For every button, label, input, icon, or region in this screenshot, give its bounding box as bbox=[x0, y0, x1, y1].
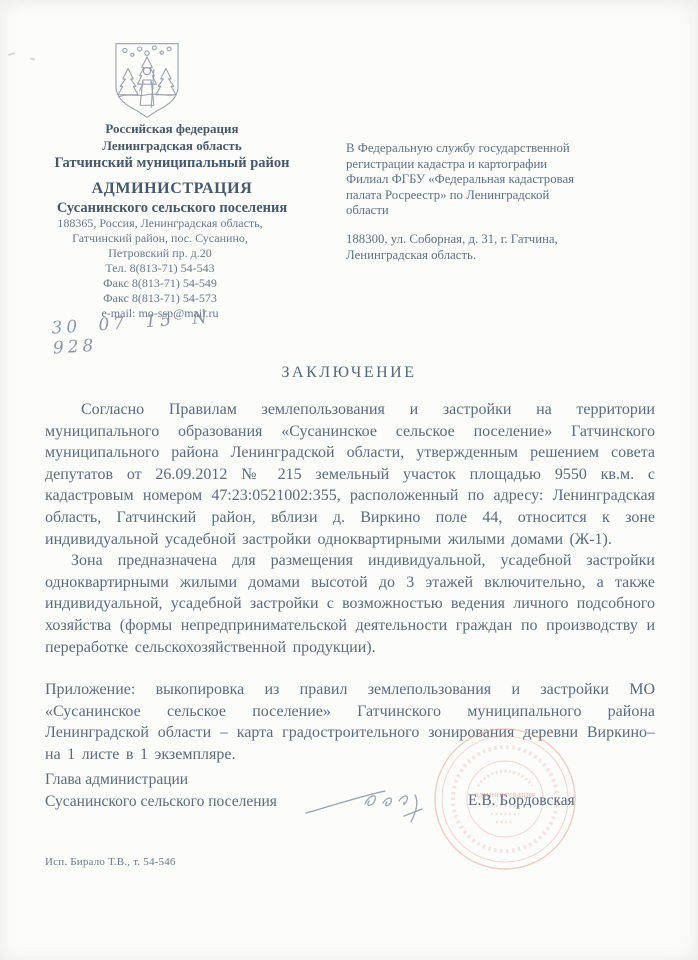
scan-smudge bbox=[30, 58, 35, 61]
sender-phone: Тел. 8(813-71) 54-543 bbox=[30, 261, 290, 276]
letterhead-country: Российская федерация bbox=[22, 120, 322, 137]
addressee-line: палата Росреестр» по Ленинградской bbox=[346, 188, 656, 204]
sender-address-line: 188365, Россия, Ленинградская область, bbox=[30, 216, 290, 231]
document-body: Согласно Правилам землепользования и зас… bbox=[45, 399, 655, 766]
addressee-line: области bbox=[346, 203, 656, 219]
addressee-address-line: 188300, ул. Соборная, д. 31, г. Гатчина, bbox=[346, 232, 656, 248]
letterhead-org: АДМИНИСТРАЦИЯ bbox=[22, 179, 322, 199]
letterhead-district: Гатчинский муниципальный район bbox=[22, 154, 322, 173]
executor-note: Исп. Бирало Т.В., т. 54-546 bbox=[45, 856, 176, 868]
sender-address-line: Петровский пр. д.20 bbox=[30, 246, 290, 261]
letterhead-region: Ленинградская область bbox=[22, 137, 322, 154]
scanned-letter-page: Российская федерация Ленинградская облас… bbox=[0, 0, 698, 960]
addressee-line: регистрации кадастра и картографии bbox=[346, 157, 656, 173]
handwritten-signature-icon bbox=[303, 778, 448, 826]
letterhead: Российская федерация Ленинградская облас… bbox=[22, 120, 322, 217]
addressee-block: В Федеральную службу государственной рег… bbox=[346, 141, 656, 263]
addressee-address-line: Ленинградская область. bbox=[346, 248, 656, 264]
addressee-line: В Федеральную службу государственной bbox=[346, 141, 656, 157]
addressee-line: Филиал ФГБУ «Федеральная кадастровая bbox=[346, 172, 656, 188]
scan-smudge bbox=[8, 52, 15, 56]
spacer bbox=[346, 219, 656, 232]
body-paragraph: Зона предназначена для размещения индиви… bbox=[45, 550, 655, 658]
body-paragraph: Согласно Правилам землепользования и зас… bbox=[45, 399, 655, 550]
signer-name: Е.В. Бордовская bbox=[468, 792, 575, 810]
document-title: ЗАКЛЮЧЕНИЕ bbox=[0, 364, 698, 382]
sender-fax: Факс 8(813-71) 54-549 bbox=[30, 276, 290, 291]
coat-of-arms-icon bbox=[112, 40, 182, 120]
sender-address-line: Гатчинский район, пос. Сусанино, bbox=[30, 231, 290, 246]
letterhead-org-sub: Сусанинского сельского поселения bbox=[22, 199, 322, 217]
